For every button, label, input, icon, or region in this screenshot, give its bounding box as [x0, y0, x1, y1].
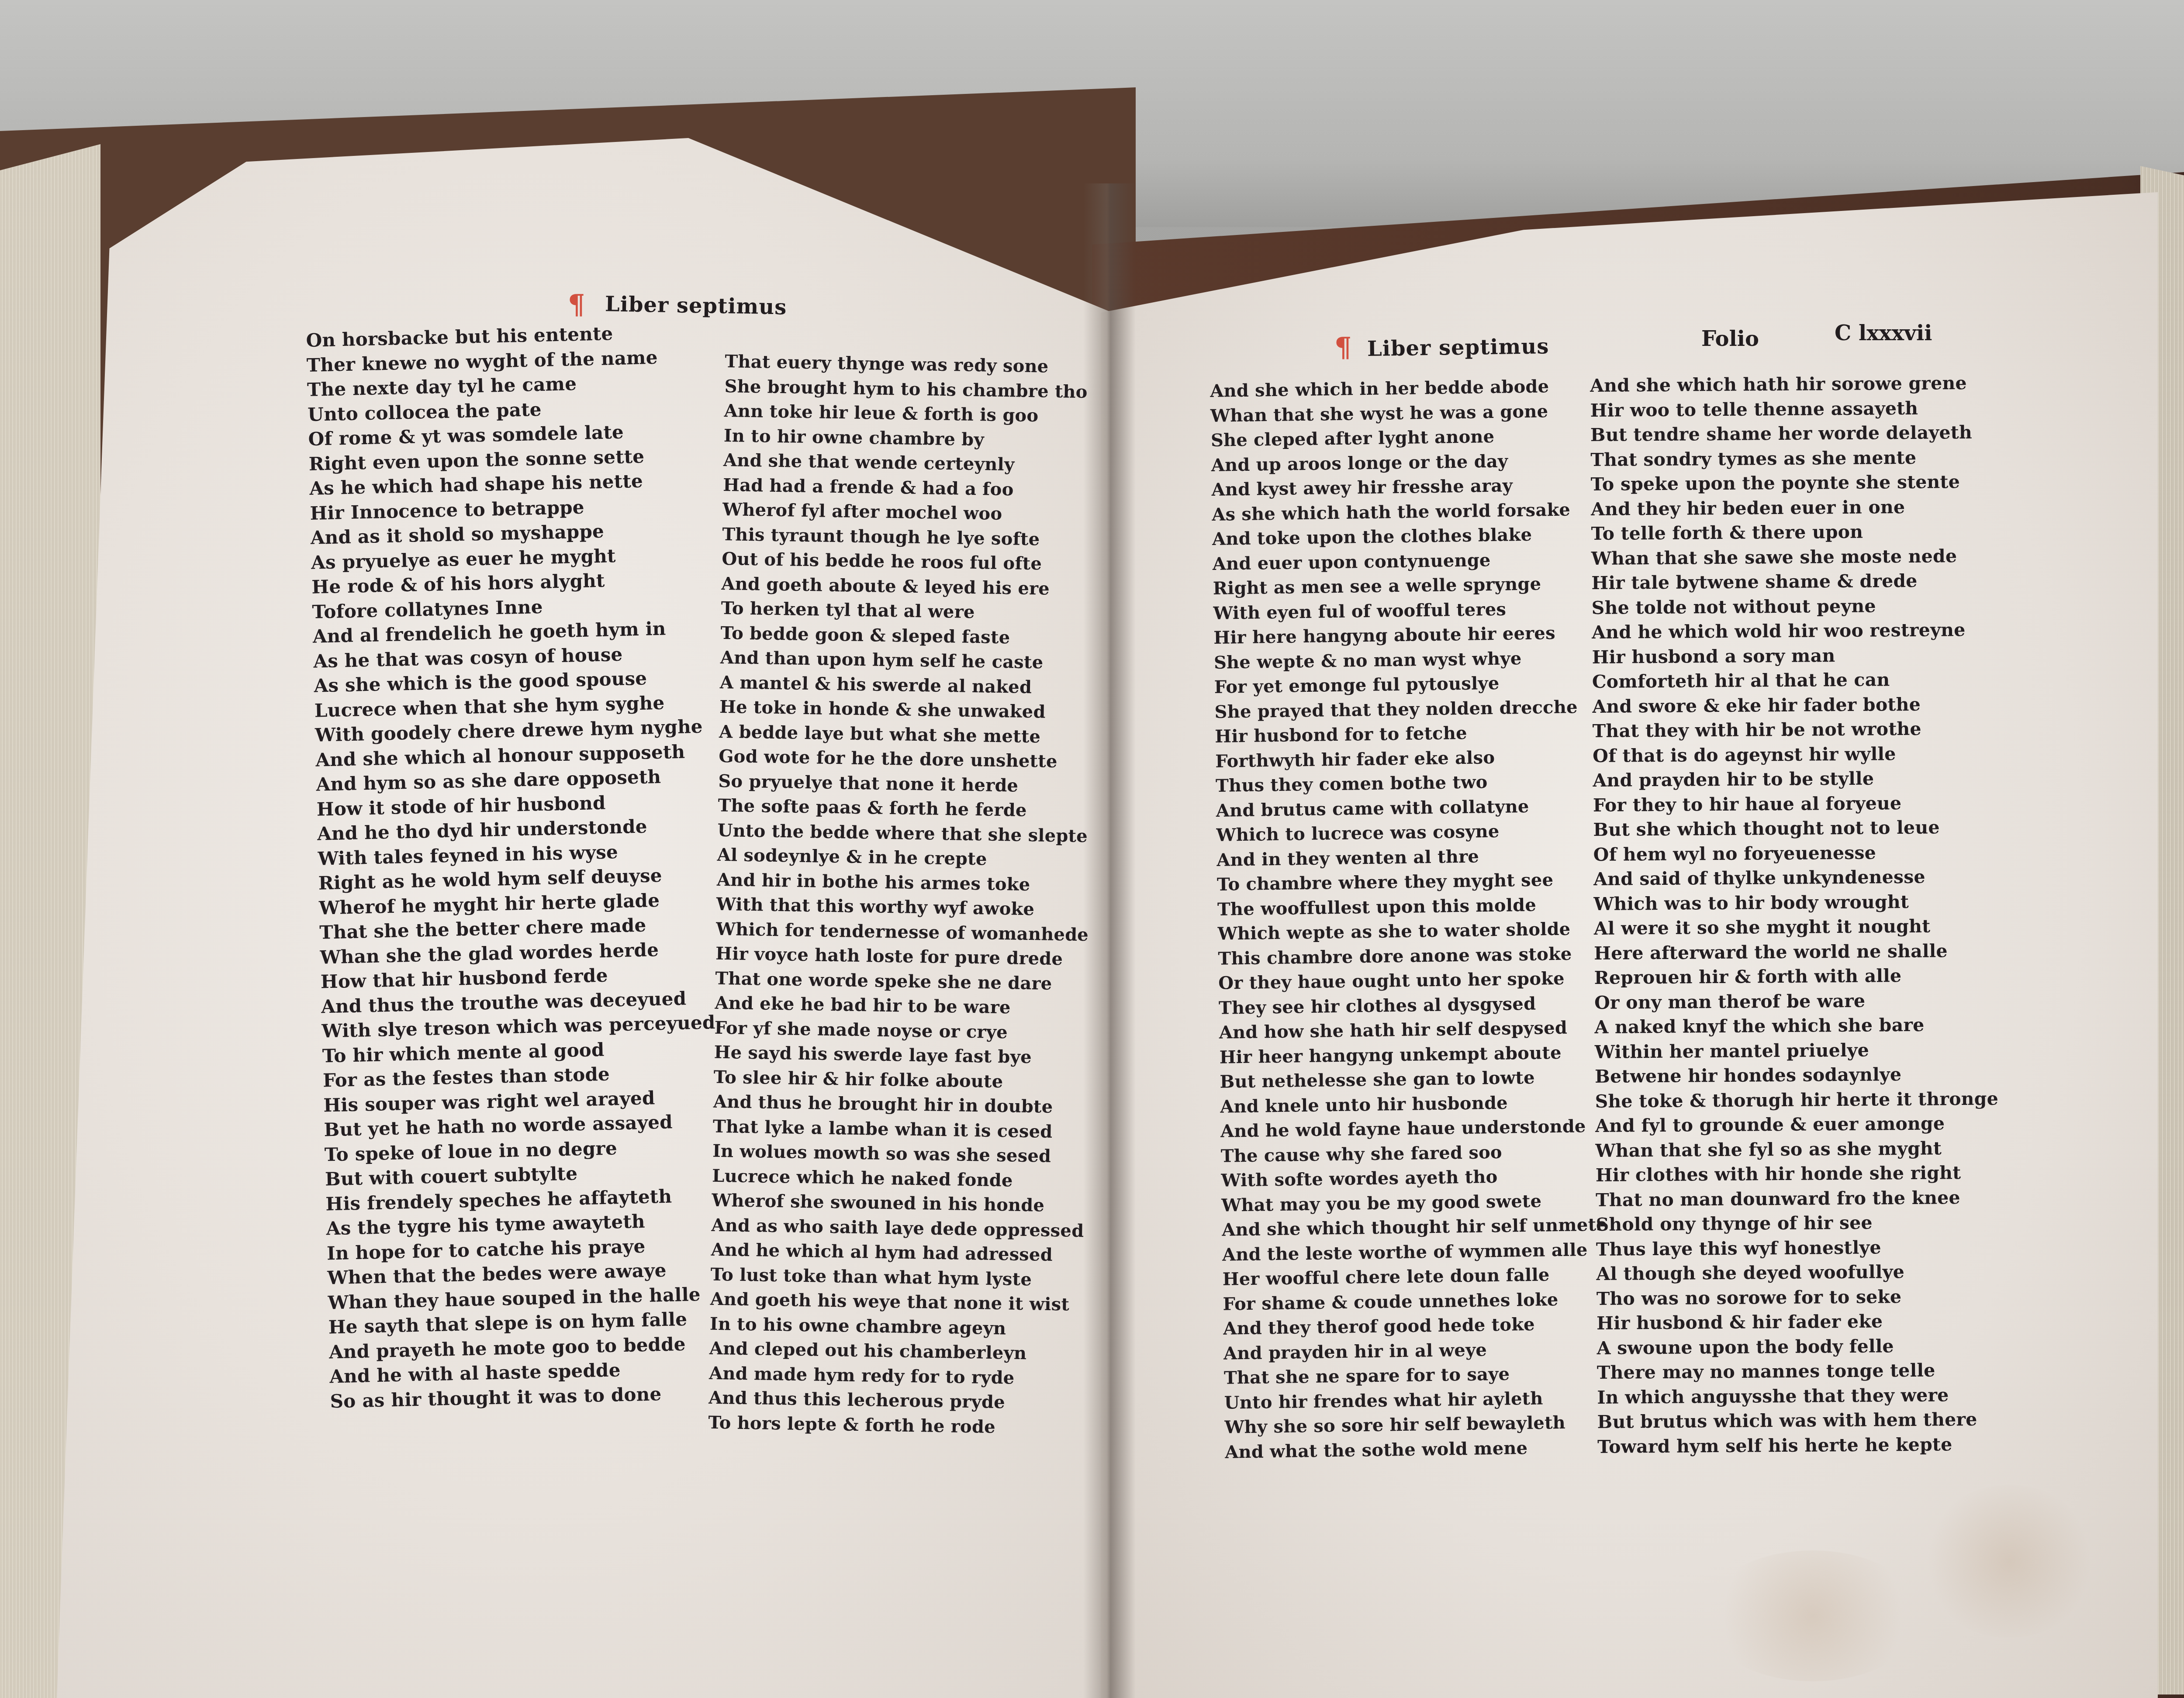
- verse-line: Of that is do ageynst hir wylle: [1593, 741, 1996, 768]
- verse-line: Reprouen hir & forth with alle: [1594, 963, 1997, 990]
- verse-line: And swore & eke hir fader bothe: [1592, 691, 1996, 719]
- verse-line: A naked knyf the which she bare: [1594, 1012, 1998, 1040]
- verse-line: And he which wold hir woo restreyne: [1592, 618, 1995, 645]
- verse-line: Hir husbond & hir fader eke: [1597, 1308, 2000, 1336]
- verse-line: Which was to hir body wrought: [1593, 889, 1997, 916]
- verse-line: Toward hym self his herte he kepte: [1597, 1432, 2001, 1459]
- right-page-column-2: And she which hath hir sorowe greneHir w…: [1590, 371, 2001, 1459]
- running-head-right: Liber septimus: [1367, 334, 1549, 361]
- verse-line: Hir tale bytwene shame & drede: [1591, 568, 1995, 596]
- running-head-left: Liber septimus: [605, 292, 787, 319]
- verse-line: Whan that she fyl so as she myght: [1595, 1135, 1999, 1163]
- left-page-column-1: On horsbacke but his ententeTher knewe n…: [306, 320, 724, 1414]
- verse-line: Hir clothes with hir honde she right: [1596, 1160, 1999, 1188]
- folio-number: C lxxxvii: [1835, 321, 1932, 345]
- paper-stain: [1704, 1550, 1922, 1681]
- verse-line: In which anguysshe that they were: [1597, 1382, 2001, 1410]
- verse-line: That no man dounward fro the knee: [1596, 1185, 1999, 1212]
- verse-line: Hir husbond a sory man: [1592, 642, 1995, 670]
- verse-line: And they hir beden euer in one: [1591, 494, 1994, 521]
- verse-line: Here afterward the world ne shalle: [1594, 938, 1997, 966]
- verse-line: Within her mantel priuelye: [1595, 1037, 1998, 1064]
- verse-line: There may no mannes tonge telle: [1597, 1357, 2001, 1385]
- verse-line: That sondry tymes as she mente: [1590, 445, 1994, 472]
- verse-line: And she which hath hir sorowe grene: [1590, 371, 1994, 398]
- verse-line: Al were it so she myght it nought: [1594, 914, 1997, 941]
- verse-line: And fyl to grounde & euer amonge: [1595, 1111, 1999, 1139]
- verse-line: That they with hir be not wrothe: [1593, 716, 1996, 744]
- verse-line: To speke upon the poynte she stente: [1591, 469, 1994, 497]
- verse-line: Al though she deyed woofullye: [1596, 1259, 2000, 1287]
- verse-line: Shold ony thynge of hir see: [1596, 1210, 1999, 1237]
- paper-stain: [1922, 1485, 2097, 1638]
- verse-line: Of hem wyl no foryeuenesse: [1593, 839, 1997, 867]
- verse-line: For they to hir haue al foryeue: [1593, 790, 1997, 818]
- right-page-column-1: And she which in her bedde abodeWhan tha…: [1210, 374, 1610, 1465]
- verse-line: But tendre shame her worde delayeth: [1590, 420, 1994, 448]
- verse-line: And prayden hir to be stylle: [1593, 766, 1996, 793]
- verse-line: But she which thought not to leue: [1593, 815, 1997, 842]
- folio-label: Folio: [1701, 327, 1759, 351]
- verse-line: Hir woo to telle thenne assayeth: [1590, 395, 1994, 423]
- verse-line: Thus laye this wyf honestlye: [1596, 1234, 2000, 1262]
- verse-line: She tolde not without peyne: [1592, 593, 1995, 620]
- verse-line: To telle forth & there upon: [1591, 519, 1994, 546]
- verse-line: Or ony man therof be ware: [1594, 987, 1998, 1015]
- paragraph-mark-right: ¶: [1334, 331, 1351, 363]
- verse-line: Betwene hir hondes sodaynlye: [1595, 1062, 1998, 1089]
- left-page-column-2: That euery thynge was redy soneShe broug…: [708, 349, 1098, 1441]
- verse-line: She toke & thorugh hir herte it thronge: [1595, 1086, 1998, 1114]
- verse-line: But brutus which was with hem there: [1597, 1407, 2001, 1434]
- verse-line: Whan that she sawe she moste nede: [1591, 543, 1995, 571]
- verse-line: Comforteth hir al that he can: [1592, 667, 1996, 694]
- paragraph-mark-left: ¶: [568, 288, 585, 320]
- verse-line: Tho was no sorowe for to seke: [1597, 1284, 2000, 1311]
- verse-line: And said of thylke unkyndenesse: [1593, 864, 1997, 892]
- verse-line: A swoune upon the body felle: [1597, 1333, 2000, 1360]
